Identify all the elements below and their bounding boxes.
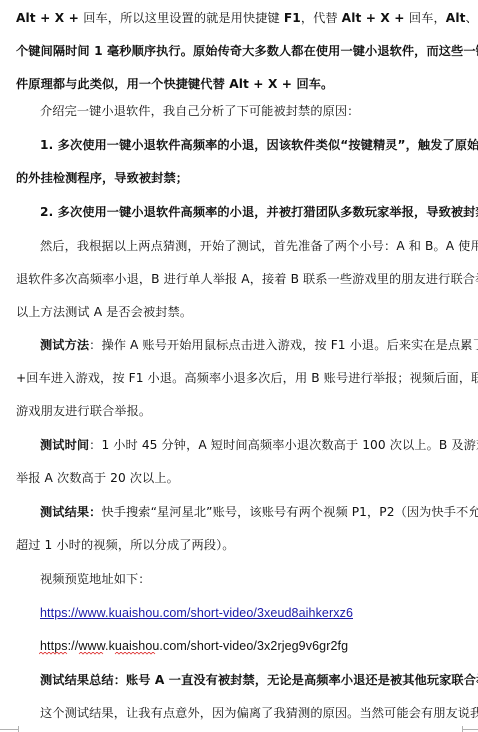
paragraph-test-method: 测试方法：操作 A 账号开始用鼠标点击进入游戏，按 F1 小退。后来实在是点累了… [16, 329, 462, 428]
label-test-summary: 测试结果总结： [40, 673, 126, 687]
video-link-2[interactable]: https://www.kuaishou.com/short-video/3x2… [40, 639, 348, 653]
text-line: 1. 多次使用一键小退软件高频率的小退，因该软件类似“按键精灵”，触发了原始传奇… [16, 129, 462, 162]
text-line: 视频预览地址如下： [16, 563, 462, 596]
video-link-1[interactable]: https://www.kuaishou.com/short-video/3xe… [40, 606, 353, 620]
document-page: Alt + X + 回车，所以这里设置的就是用快捷键 F1，代替 Alt + X… [0, 0, 478, 732]
paragraph-test-time: 测试时间：1 小时 45 分钟，A 短时间高频率小退次数高于 100 次以上。B… [16, 429, 462, 495]
paragraph-test-setup: 然后，我根据以上两点猜测，开始了测试，首先准备了两个小号：A 和 B。A 使用该… [16, 230, 462, 329]
label-test-result: 测试结果： [40, 505, 101, 519]
margin-mark-left [0, 729, 18, 730]
text-line: 测试结果：快手搜索“星河星北”账号，该账号有两个视频 P1，P2（因为快手不允许… [16, 496, 462, 529]
paragraph-analysis-intro: 介绍完一键小退软件，我自己分析了下可能被封禁的原因： [16, 95, 462, 128]
text-line: 超过 1 小时的视频，所以分成了两段）。 [16, 529, 462, 562]
margin-mark-left-v [18, 726, 19, 732]
text-line: 然后，我根据以上两点猜测，开始了测试，首先准备了两个小号：A 和 B。A 使用该… [16, 230, 462, 263]
text-line: 这个测试结果，让我有点意外，因为偏离了我猜测的原因。当然可能会有朋友说我开了其 [16, 697, 462, 730]
text-line: 退软件多次高频率小退，B 进行单人举报 A，接着 B 联系一些游戏里的朋友进行联… [16, 263, 462, 296]
margin-mark-right [462, 729, 478, 730]
text-line: 个键间隔时间 1 毫秒顺序执行。原始传奇大多数人都在使用一键小退软件，而这些一键… [16, 35, 462, 68]
label-test-time: 测试时间 [40, 438, 89, 452]
paragraph-test-summary: 测试结果总结：账号 A 一直没有被封禁，无论是高频率小退还是被其他玩家联合举报。 [16, 664, 462, 697]
text-line: +回车进入游戏，按 F1 小退。高频率小退多次后，用 B 账号进行举报；视频后面… [16, 362, 462, 395]
label-test-method: 测试方法 [40, 338, 89, 352]
text-line: 的外挂检测程序，导致被封禁； [16, 162, 462, 195]
text-line: 测试方法：操作 A 账号开始用鼠标点击进入游戏，按 F1 小退。后来实在是点累了… [16, 329, 462, 362]
paragraph-video-intro: 视频预览地址如下： [16, 563, 462, 596]
video-link-2-row: https://www.kuaishou.com/short-video/3x2… [16, 630, 462, 663]
reason-1: 1. 多次使用一键小退软件高频率的小退，因该软件类似“按键精灵”，触发了原始传奇… [16, 129, 462, 195]
reason-2: 2. 多次使用一键小退软件高频率的小退，并被打猎团队多数玩家举报，导致被封禁； [16, 196, 462, 229]
text-line: Alt + X + 回车，所以这里设置的就是用快捷键 F1，代替 Alt + X… [16, 2, 462, 35]
paragraph-shortcut-explanation: Alt + X + 回车，所以这里设置的就是用快捷键 F1，代替 Alt + X… [16, 2, 462, 101]
paragraph-closing: 这个测试结果，让我有点意外，因为偏离了我猜测的原因。当然可能会有朋友说我开了其 [16, 697, 462, 730]
paragraph-test-result: 测试结果：快手搜索“星河星北”账号，该账号有两个视频 P1，P2（因为快手不允许… [16, 496, 462, 562]
text-line: 测试时间：1 小时 45 分钟，A 短时间高频率小退次数高于 100 次以上。B… [16, 429, 462, 462]
spellcheck-underline [39, 652, 159, 656]
text-line: 以上方法测试 A 是否会被封禁。 [16, 296, 462, 329]
text-line: 举报 A 次数高于 20 次以上。 [16, 462, 462, 495]
text-line: 游戏朋友进行联合举报。 [16, 395, 462, 428]
text-line: 2. 多次使用一键小退软件高频率的小退，并被打猎团队多数玩家举报，导致被封禁； [16, 196, 462, 229]
video-link-1-row: https://www.kuaishou.com/short-video/3xe… [16, 597, 462, 630]
text-line: 介绍完一键小退软件，我自己分析了下可能被封禁的原因： [16, 95, 462, 128]
text-line: 测试结果总结：账号 A 一直没有被封禁，无论是高频率小退还是被其他玩家联合举报。 [16, 664, 462, 697]
margin-mark-right-v [462, 726, 463, 732]
